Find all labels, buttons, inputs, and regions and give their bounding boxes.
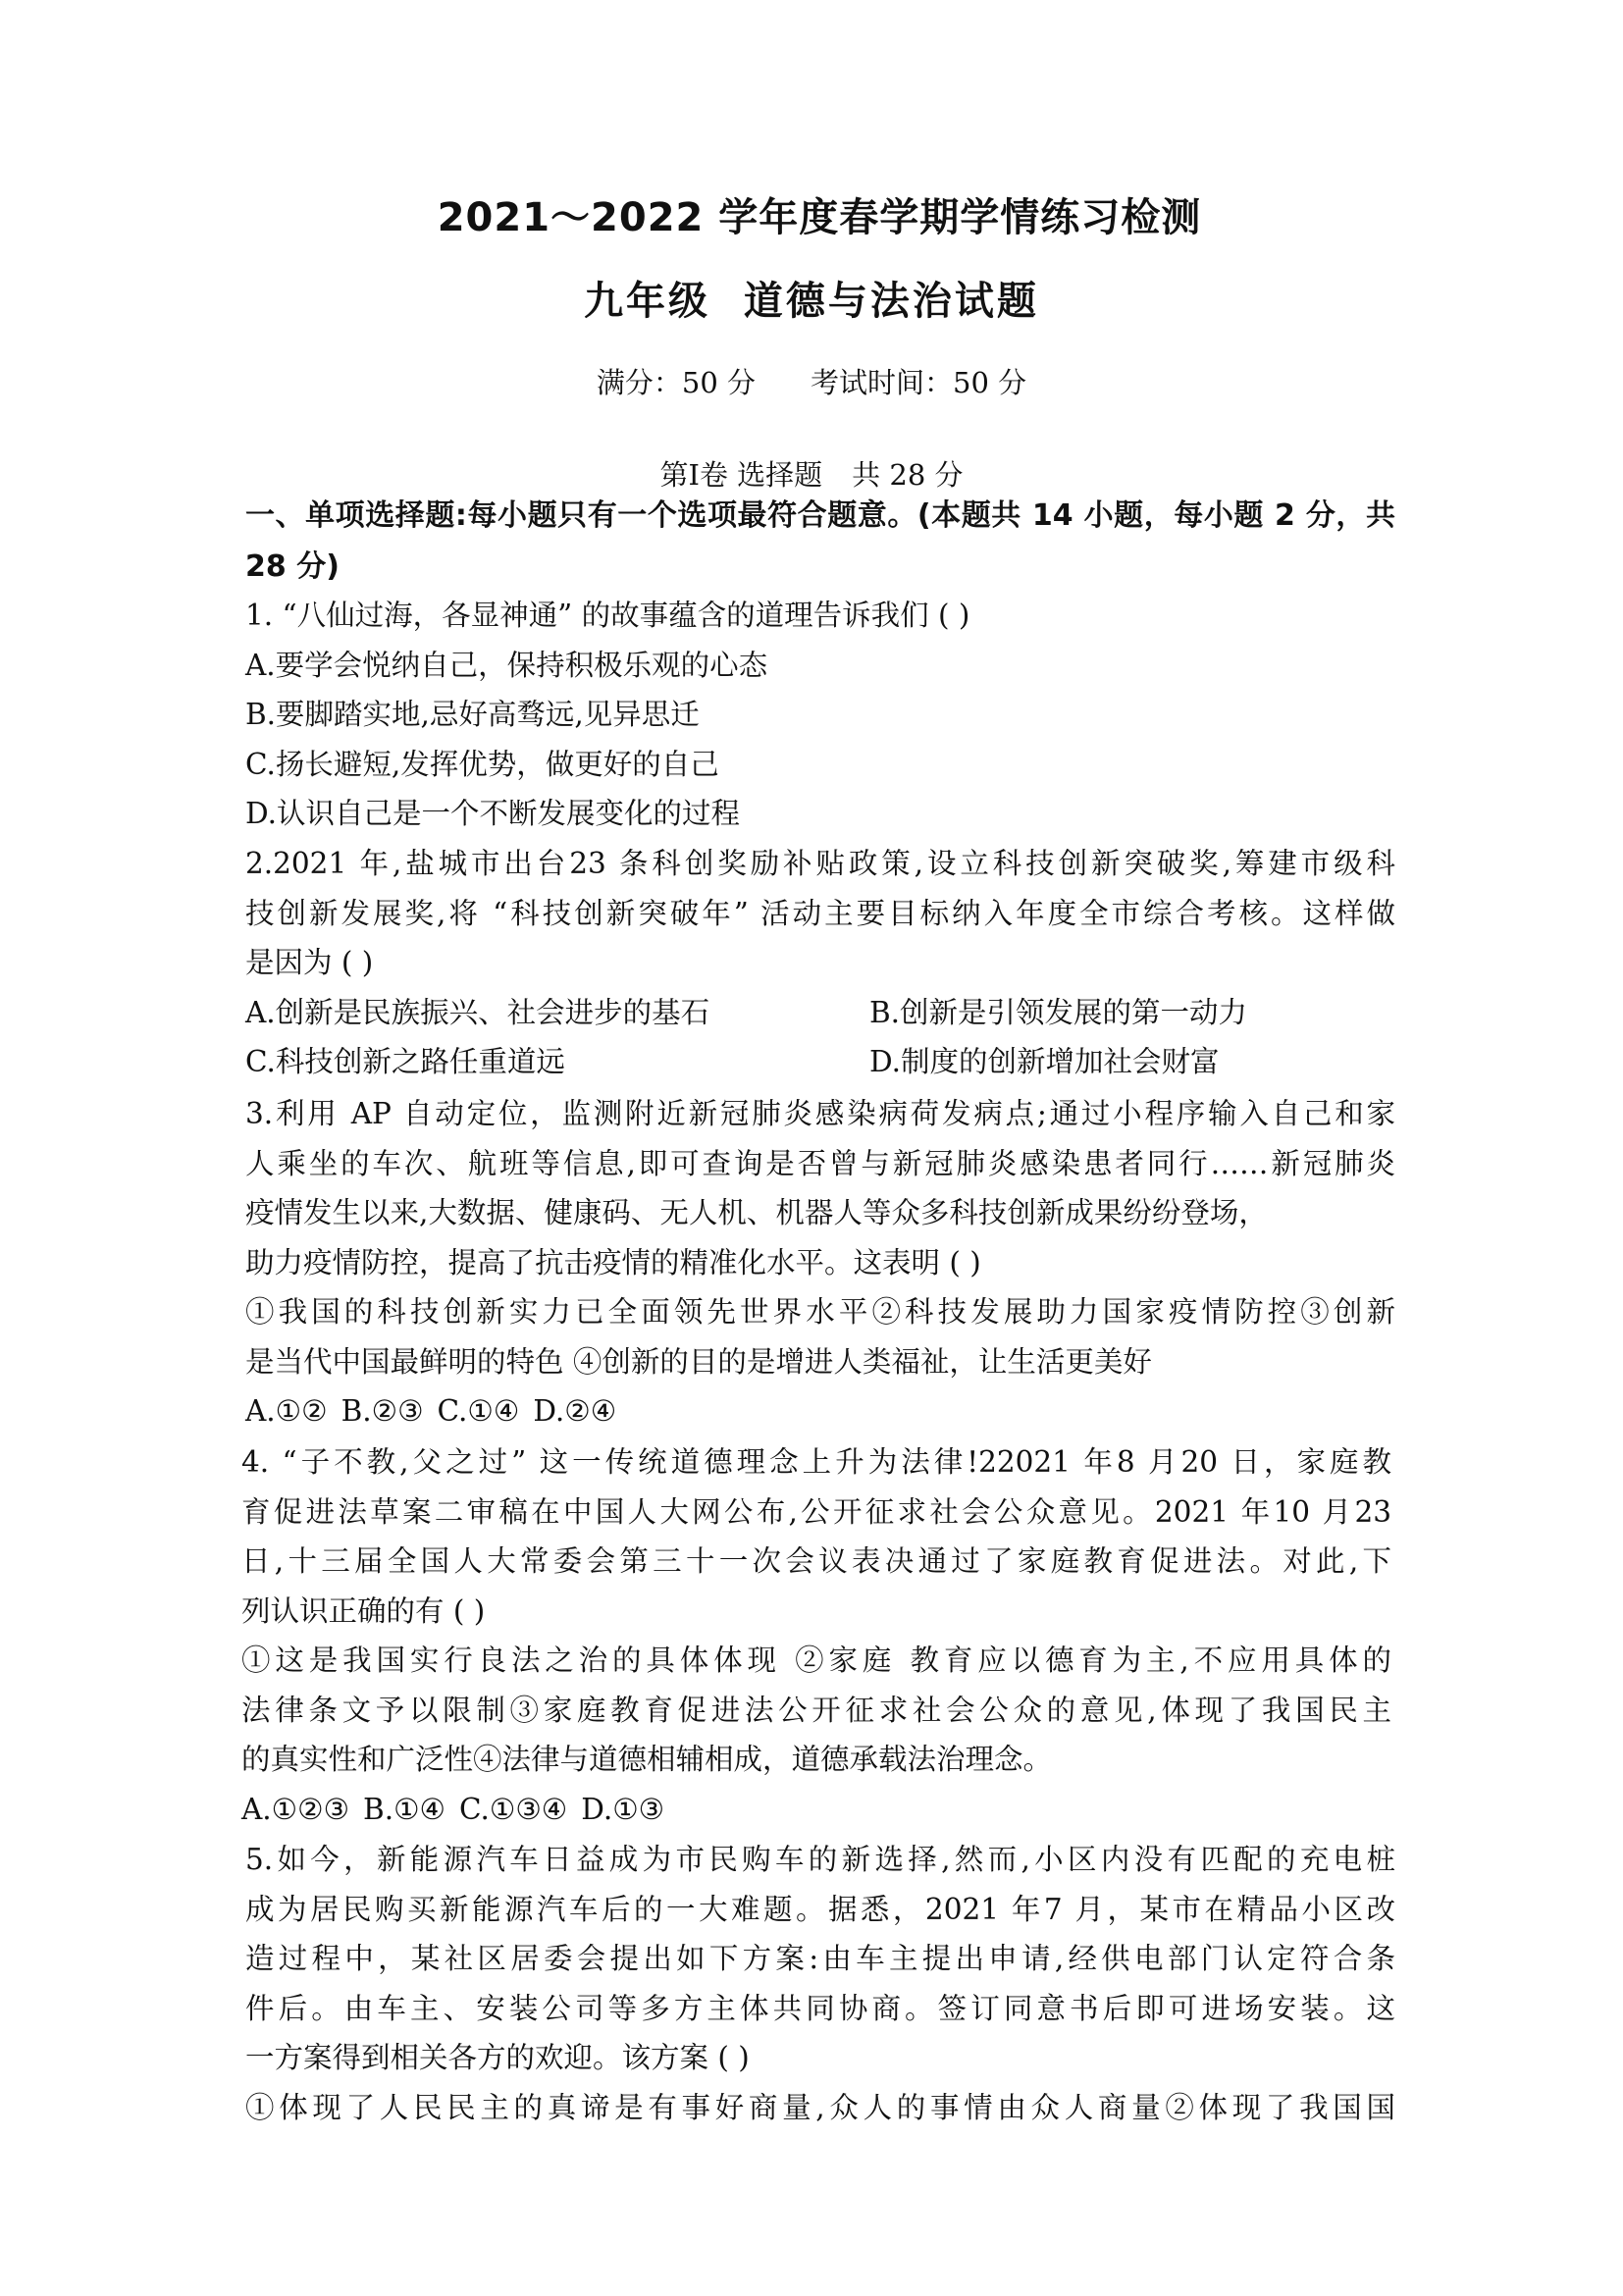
question-stem-line: 件后。由车主、安装公司等多方主体共同协商。签订同意书后即可进场安装。这 — [245, 1984, 1395, 2034]
exam-subtitle: 九年级 道德与法治试题 — [0, 270, 1623, 326]
option-c: C.①③④ — [459, 1793, 567, 1826]
question-stem-line: 育促进法草案二审稿在中国人大网公布,公开征求社会公众意见。2021 年10 月2… — [241, 1487, 1391, 1538]
question-stem-line: 2.2021 年,盐城市出台23 条科创奖励补贴政策,设立科技创新突破奖,筹建市… — [245, 839, 1395, 889]
option-d: D.制度的创新增加社会财富 — [869, 1037, 1219, 1087]
option-d: D.认识自己是一个不断发展变化的过程 — [245, 789, 1395, 839]
option-a: A.创新是民族振兴、社会进步的基石 — [245, 988, 869, 1038]
question-stem-line: 是因为 ( ) — [245, 938, 1395, 988]
option-a: A.要学会悦纳自己，保持积极乐观的心态 — [245, 641, 1395, 691]
option-row: A.①②③B.①④C.①③④D.①③ — [241, 1785, 1391, 1835]
question-stem-line: 造过程中，某社区居委会提出如下方案:由车主提出申请,经供电部门认定符合条 — [245, 1934, 1395, 1984]
question-stem: 1. “八仙过海，各显神通” 的故事蕴含的道理告诉我们 ( ) — [245, 591, 1395, 641]
question-stem-line: 3.利用 AP 自动定位，监测附近新冠肺炎感染病荷发病点;通过小程序输入自己和家 — [245, 1089, 1395, 1139]
option-a: A.①② — [245, 1394, 328, 1428]
statement-line: ①这是我国实行良法之治的具体体现 ②家庭 教育应以德育为主,不应用具体的 — [241, 1636, 1391, 1686]
statement-line: 的真实性和广泛性④法律与道德相辅相成，道德承载法治理念。 — [241, 1735, 1391, 1785]
question-stem-line: 一方案得到相关各方的欢迎。该方案 ( ) — [245, 2033, 1395, 2083]
question-stem-line: 日,十三届全国人大常委会第三十一次会议表决通过了家庭教育促进法。对此,下 — [241, 1537, 1391, 1587]
option-c: C.扬长避短,发挥优势，做更好的自己 — [245, 740, 1395, 790]
question-stem-line: 人乘坐的车次、航班等信息,即可查询是否曾与新冠肺炎感染患者同行……新冠肺炎 — [245, 1139, 1395, 1189]
question-4: 4. “子不教,父之过” 这一传统道德理念上升为法律!22021 年8 月20 … — [241, 1437, 1391, 1834]
option-row: A.①②B.②③C.①④D.②④ — [245, 1386, 1395, 1436]
question-5: 5.如今，新能源汽车日益成为市民购车的新选择,然而,小区内没有匹配的充电桩 成为… — [245, 1835, 1395, 2132]
exam-time: 考试时间：50 分 — [811, 361, 1026, 401]
option-b: B.要脚踏实地,忌好高骛远,见异思迁 — [245, 690, 1395, 740]
option-row: C.科技创新之路任重道远 D.制度的创新增加社会财富 — [245, 1037, 1395, 1087]
statement-line: ①体现了人民民主的真谛是有事好商量,众人的事情由众人商量②体现了我国国 — [245, 2083, 1395, 2133]
question-3: 3.利用 AP 自动定位，监测附近新冠肺炎感染病荷发病点;通过小程序输入自己和家… — [245, 1089, 1395, 1436]
option-c: C.科技创新之路任重道远 — [245, 1037, 869, 1087]
question-1: 1. “八仙过海，各显神通” 的故事蕴含的道理告诉我们 ( ) A.要学会悦纳自… — [245, 591, 1395, 839]
question-stem-line: 助力疫情防控，提高了抗击疫情的精准化水平。这表明 ( ) — [245, 1238, 1395, 1288]
part-name: 第Ⅰ卷 选择题 — [659, 458, 822, 492]
part-title: 第Ⅰ卷 选择题共 28 分 — [0, 453, 1623, 494]
option-d: D.①③ — [581, 1793, 664, 1826]
statement-line: 法律条文予以限制③家庭教育促进法公开征求社会公众的意见,体现了我国民主 — [241, 1686, 1391, 1736]
option-row: A.创新是民族振兴、社会进步的基石 B.创新是引领发展的第一动力 — [245, 988, 1395, 1038]
exam-page: 2021～2022 学年度春学期学情练习检测 九年级 道德与法治试题 满分：50… — [0, 0, 1623, 2296]
option-d: D.②④ — [533, 1394, 616, 1428]
question-stem-line: 5.如今，新能源汽车日益成为市民购车的新选择,然而,小区内没有匹配的充电桩 — [245, 1835, 1395, 1885]
option-b: B.创新是引领发展的第一动力 — [869, 988, 1247, 1038]
question-stem-line: 4. “子不教,父之过” 这一传统道德理念上升为法律!22021 年8 月20 … — [241, 1437, 1391, 1487]
exam-title: 2021～2022 学年度春学期学情练习检测 — [8, 186, 1623, 242]
statement-line: ①我国的科技创新实力已全面领先世界水平②科技发展助力国家疫情防控③创新 — [245, 1287, 1395, 1337]
option-c: C.①④ — [438, 1394, 520, 1428]
option-a: A.①②③ — [241, 1793, 349, 1826]
section-heading: 一、单项选择题:每小题只有一个选项最符合题意。(本题共 14 小题，每小题 2 … — [245, 491, 1395, 593]
question-stem-line: 成为居民购买新能源汽车后的一大难题。据悉，2021 年7 月，某市在精品小区改 — [245, 1885, 1395, 1935]
question-stem-line: 列认识正确的有 ( ) — [241, 1587, 1391, 1637]
full-score: 满分：50 分 — [597, 361, 756, 401]
option-b: B.②③ — [341, 1394, 424, 1428]
part-total: 共 28 分 — [852, 458, 963, 492]
question-stem-line: 疫情发生以来,大数据、健康码、无人机、机器人等众多科技创新成果纷纷登场， — [245, 1188, 1395, 1238]
question-stem-line: 技创新发展奖,将 “科技创新突破年” 活动主要目标纳入年度全市综合考核。这样做 — [245, 889, 1395, 939]
statement-line: 是当代中国最鲜明的特色 ④创新的目的是增进人类福祉，让生活更美好 — [245, 1337, 1395, 1387]
option-b: B.①④ — [363, 1793, 445, 1826]
exam-meta: 满分：50 分考试时间：50 分 — [0, 361, 1623, 401]
question-2: 2.2021 年,盐城市出台23 条科创奖励补贴政策,设立科技创新突破奖,筹建市… — [245, 839, 1395, 1087]
